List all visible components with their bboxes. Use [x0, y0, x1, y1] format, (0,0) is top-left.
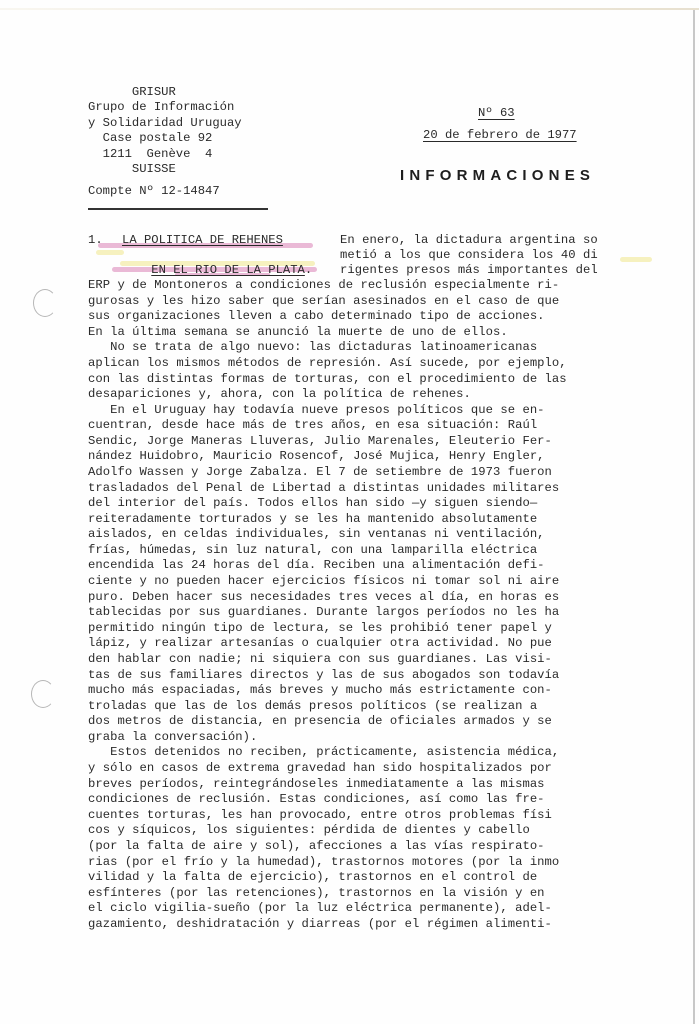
divider — [88, 208, 268, 210]
body-line: trasladados del Penal de Libertad a dist… — [88, 481, 559, 496]
body-line: nández Huidobro, Mauricio Rosencof, José… — [88, 449, 545, 464]
sender-line: SUISSE — [88, 162, 176, 177]
body-line: breves períodos, reintegrándoseles inmed… — [88, 777, 545, 792]
body-line: permitido ningún tipo de lectura, se les… — [88, 621, 552, 636]
body-line: Estos detenidos no reciben, prácticament… — [88, 745, 559, 760]
body-line: En el Uruguay hay todavía nueve presos p… — [88, 403, 545, 418]
body-line: cos y síquicos, los siguientes: pérdida … — [88, 823, 530, 838]
body-line: metió a los que considera los 40 di — [340, 248, 598, 263]
highlighter-mark — [96, 250, 124, 255]
punch-hole-icon — [31, 680, 55, 708]
masthead-title: INFORMACIONES — [400, 167, 595, 184]
body-line: gazamiento, deshidratación y diarreas (p… — [88, 917, 552, 932]
document-page: GRISUR Grupo de Información y Solidarida… — [0, 0, 699, 1024]
section-number: 1. — [88, 233, 103, 248]
section-title-period: . — [305, 263, 312, 277]
body-line: Sendic, Jorge Maneras Lluveras, Julio Ma… — [88, 434, 552, 449]
body-line: rigentes presos más importantes del — [340, 263, 598, 278]
highlighter-mark — [620, 257, 652, 262]
body-line: graba la conversación). — [88, 730, 257, 745]
paper-right-edge — [693, 10, 695, 1024]
paper-top-edge — [0, 8, 699, 10]
punch-hole-icon — [33, 289, 57, 317]
body-line: rias (por el frío y la humedad), trastor… — [88, 855, 559, 870]
body-line: condiciones de reclusión. Estas condicio… — [88, 792, 545, 807]
body-line: encendida las 24 horas del día. Reciben … — [88, 558, 545, 573]
body-line: vilidad y la falta de ejercicio), trasto… — [88, 870, 537, 885]
body-line: gurosas y les hizo saber que serían ases… — [88, 294, 559, 309]
body-line: (por la falta de aire y sol), afecciones… — [88, 839, 545, 854]
body-line: cuentran, desde hace más de tres años, e… — [88, 418, 537, 433]
body-line: lápiz, y realizar artesanías o cualquier… — [88, 636, 552, 651]
body-line: sus organizaciones lleven a cabo determi… — [88, 309, 545, 324]
account-number: Compte Nº 12-14847 — [88, 184, 220, 199]
body-line: reiteradamente torturados y se les ha ma… — [88, 512, 537, 527]
body-line: cuentes torturas, les han provocado, ent… — [88, 808, 552, 823]
body-line: y sólo en casos de extrema gravedad han … — [88, 761, 552, 776]
body-line: Adolfo Wassen y Jorge Zabalza. El 7 de s… — [88, 465, 552, 480]
sender-line: Grupo de Información — [88, 100, 234, 115]
body-line: En la última semana se anunció la muerte… — [88, 325, 508, 340]
body-line: En enero, la dictadura argentina so — [340, 233, 598, 248]
body-line: troladas que las de los demás presos pol… — [88, 699, 537, 714]
body-line: con las distintas formas de torturas, co… — [88, 372, 567, 387]
body-line: mucho más espaciadas, más breves y mucho… — [88, 683, 552, 698]
sender-line: Case postale 92 — [88, 131, 212, 146]
body-line: No se trata de algo nuevo: las dictadura… — [88, 340, 537, 355]
body-line: frías, húmedas, sin luz natural, con una… — [88, 543, 537, 558]
body-line: tablecidas por sus guardianes. Durante l… — [88, 605, 559, 620]
body-line: ERP y de Montoneros a condiciones de rec… — [88, 278, 559, 293]
body-line: ciente y no pueden hacer ejercicios físi… — [88, 574, 559, 589]
body-line: puro. Deben hacer sus necesidades tres v… — [88, 590, 559, 605]
section-title-line1: LA POLITICA DE REHENES — [122, 233, 283, 248]
issue-date: 20 de febrero de 1977 — [423, 128, 577, 142]
body-line: den hablar con nadie; ni siquiera con su… — [88, 652, 552, 667]
sender-line: y Solidaridad Uruguay — [88, 116, 242, 131]
body-line: aplican los mismos métodos de represión.… — [88, 356, 567, 371]
body-line: tas de sus familiares directos y las de … — [88, 668, 559, 683]
sender-line: 1211 Genève 4 — [88, 147, 212, 162]
body-line: el ciclo vigilia-sueño (por la luz eléct… — [88, 901, 552, 916]
body-line: aislados, en celdas individuales, sin ve… — [88, 527, 545, 542]
body-line: dos metros de distancia, en presencia de… — [88, 714, 552, 729]
section-title-line2-text: EN EL RIO DE LA PLATA — [151, 263, 305, 277]
body-line: esfínteres (por las retenciones), trasto… — [88, 886, 545, 901]
body-line: del interior del país. Todos ellos han s… — [88, 496, 537, 511]
sender-line: GRISUR — [88, 85, 176, 100]
body-line: desapariciones y, ahora, con la política… — [88, 387, 471, 402]
issue-number: Nº 63 — [478, 106, 515, 120]
